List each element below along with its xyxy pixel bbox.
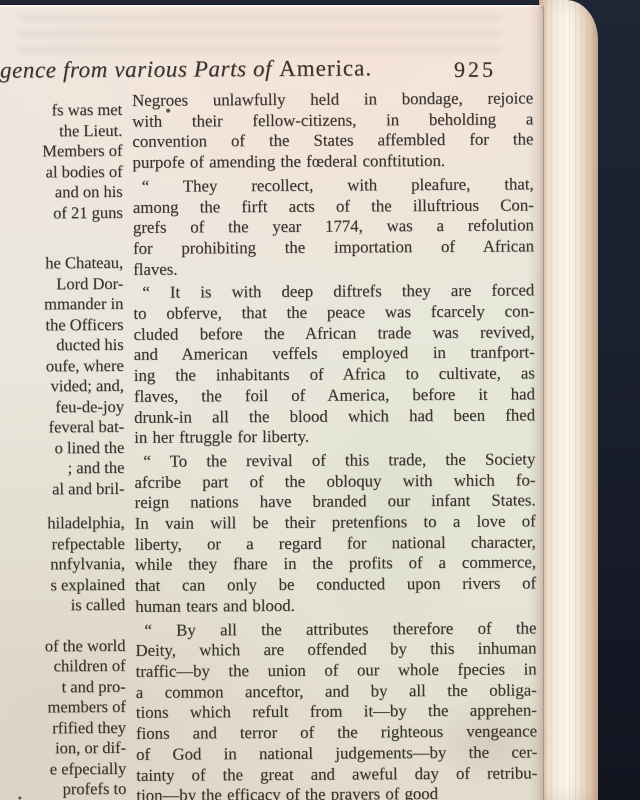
- text-line: while they fhare in the profits of a com…: [135, 553, 536, 576]
- text-line: is called: [1, 595, 125, 616]
- text-line: “ They recollect, with pleafure, that,: [133, 174, 534, 197]
- text-line: Lord Dor-: [0, 273, 123, 294]
- text-line: “ To the revival of this trade, the Soci…: [134, 449, 535, 472]
- page-number: 925: [454, 57, 496, 83]
- newspaper-page: gence from various Parts ofAmerica. 925 …: [0, 5, 543, 800]
- text-line: drunk-in all the blood which had been fh…: [134, 405, 535, 428]
- text-line: of 21 guns: [0, 202, 123, 223]
- text-line: hiladelphia,: [1, 513, 125, 534]
- text-line: with their fellow-citizens, in beholding…: [132, 109, 533, 132]
- running-header: gence from various Parts ofAmerica.: [0, 55, 372, 83]
- photo-background: { "colors": { "background": "#1b2130", "…: [0, 0, 640, 800]
- right-paragraph: “ It is with deep diftrefs they are forc…: [133, 281, 535, 449]
- text-line: tions which refult from it—by the appreh…: [136, 701, 537, 724]
- text-line: s explained: [1, 574, 125, 595]
- text-line: ducted his: [0, 335, 124, 356]
- text-line: rfified they: [2, 717, 126, 738]
- text-line: cluded before the African trade was revi…: [134, 322, 535, 345]
- text-line: afcribe part of the obloquy with which f…: [134, 470, 535, 493]
- text-line: fions and terror of the righteous vengea…: [136, 721, 537, 744]
- left-column: fs was metthe Lieut.Members ofal bodies …: [0, 100, 126, 800]
- text-line: children of: [2, 656, 126, 677]
- text-line: al and bril-: [0, 478, 124, 499]
- text-line: feveral bat-: [0, 417, 124, 438]
- text-line: tion—by the efficacy of the prayers of g…: [136, 784, 537, 800]
- left-paragraph: he Chateau,Lord Dor-mmander inthe Office…: [0, 253, 125, 500]
- text-line: ing the inhabitants of Africa to cultiva…: [134, 364, 535, 387]
- text-line: t and pro-: [2, 676, 126, 697]
- text-line: among the firft acts of the illuftrious …: [133, 195, 534, 218]
- right-paragraph: “ By all the attributes therefore of the…: [135, 618, 537, 800]
- running-header-place: America.: [279, 55, 372, 81]
- text-line: ion, or dif-: [2, 738, 126, 759]
- text-line: oufe, where: [0, 355, 124, 376]
- text-line: grefs of the year 1774, was a refolution: [133, 216, 534, 239]
- text-line: liberty, or a regard for national charac…: [135, 532, 536, 555]
- text-line: flaves, the foil of America, before it h…: [134, 384, 535, 407]
- left-paragraph: fs was metthe Lieut.Members ofal bodies …: [0, 100, 123, 224]
- text-line: feu-de-joy: [0, 396, 124, 417]
- book-fore-edge: [539, 0, 598, 800]
- text-line: a common anceftor, and by all the obliga…: [136, 680, 537, 703]
- text-line: human tears and blood.: [135, 594, 536, 617]
- right-column: Negroes unlawfully held in bondage, rejo…: [132, 88, 537, 800]
- text-line: he Chateau,: [0, 253, 123, 274]
- ink-speck: [166, 109, 170, 113]
- text-line: refpectable: [1, 533, 125, 554]
- text-line: ; and the: [0, 458, 124, 479]
- text-line: vided; and,: [0, 376, 124, 397]
- text-line: mmander in: [0, 294, 123, 315]
- text-line: reign nations have branded our infant St…: [135, 491, 536, 514]
- left-paragraph: hiladelphia,refpectablennfylvania,s expl…: [1, 513, 126, 616]
- left-paragraph: of the worldchildren oft and pro-members…: [1, 635, 126, 800]
- right-paragraph: “ To the revival of this trade, the Soci…: [134, 449, 536, 617]
- text-line: for prohibiting the importation of Afric…: [133, 236, 534, 259]
- text-line: traffic—by the union of our whole fpecie…: [136, 659, 537, 682]
- text-line: convention of the States affembled for t…: [132, 130, 533, 153]
- text-line: In vain will be their pretenfions to a l…: [135, 511, 536, 534]
- text-line: nnfylvania,: [1, 554, 125, 575]
- page-content: gence from various Parts ofAmerica. 925 …: [0, 3, 545, 800]
- running-header-title: gence from various Parts of: [0, 56, 272, 83]
- text-line: the Lieut.: [0, 120, 122, 141]
- text-line: al bodies of: [0, 161, 123, 182]
- text-line: Members of: [0, 141, 123, 162]
- text-line: purpofe of amending the fœderal conftitu…: [132, 150, 533, 173]
- text-line: members of: [2, 697, 126, 718]
- text-line: Deity, which are offended by this inhuma…: [135, 639, 536, 662]
- right-paragraph: “ They recollect, with pleafure, that,am…: [133, 174, 535, 280]
- text-line: fs was met: [0, 100, 122, 121]
- right-paragraph: Negroes unlawfully held in bondage, rejo…: [132, 88, 533, 173]
- text-line: and American veffels employed in tranfpo…: [134, 343, 535, 366]
- text-line: of God in national judgements—by the cer…: [136, 742, 537, 765]
- text-line: Negroes unlawfully held in bondage, rejo…: [132, 88, 533, 111]
- text-line: in her ftruggle for liberty.: [134, 426, 535, 449]
- text-line: “ It is with deep diftrefs they are forc…: [133, 281, 534, 304]
- text-line: the Officers: [0, 314, 124, 335]
- ink-speck: [18, 797, 21, 800]
- text-line: o lined the: [0, 437, 124, 458]
- text-line: and on his: [0, 182, 123, 203]
- text-line: “ By all the attributes therefore of the: [135, 618, 536, 641]
- text-line: that can only be conducted upon rivers o…: [135, 574, 536, 597]
- text-line: to obferve, that the peace was fcarcely …: [133, 301, 534, 324]
- text-line: e efpecially: [2, 758, 126, 779]
- text-line: of the world: [1, 635, 125, 656]
- text-line: tainty of the great and aweful day of re…: [136, 763, 537, 786]
- text-line: flaves.: [133, 257, 534, 280]
